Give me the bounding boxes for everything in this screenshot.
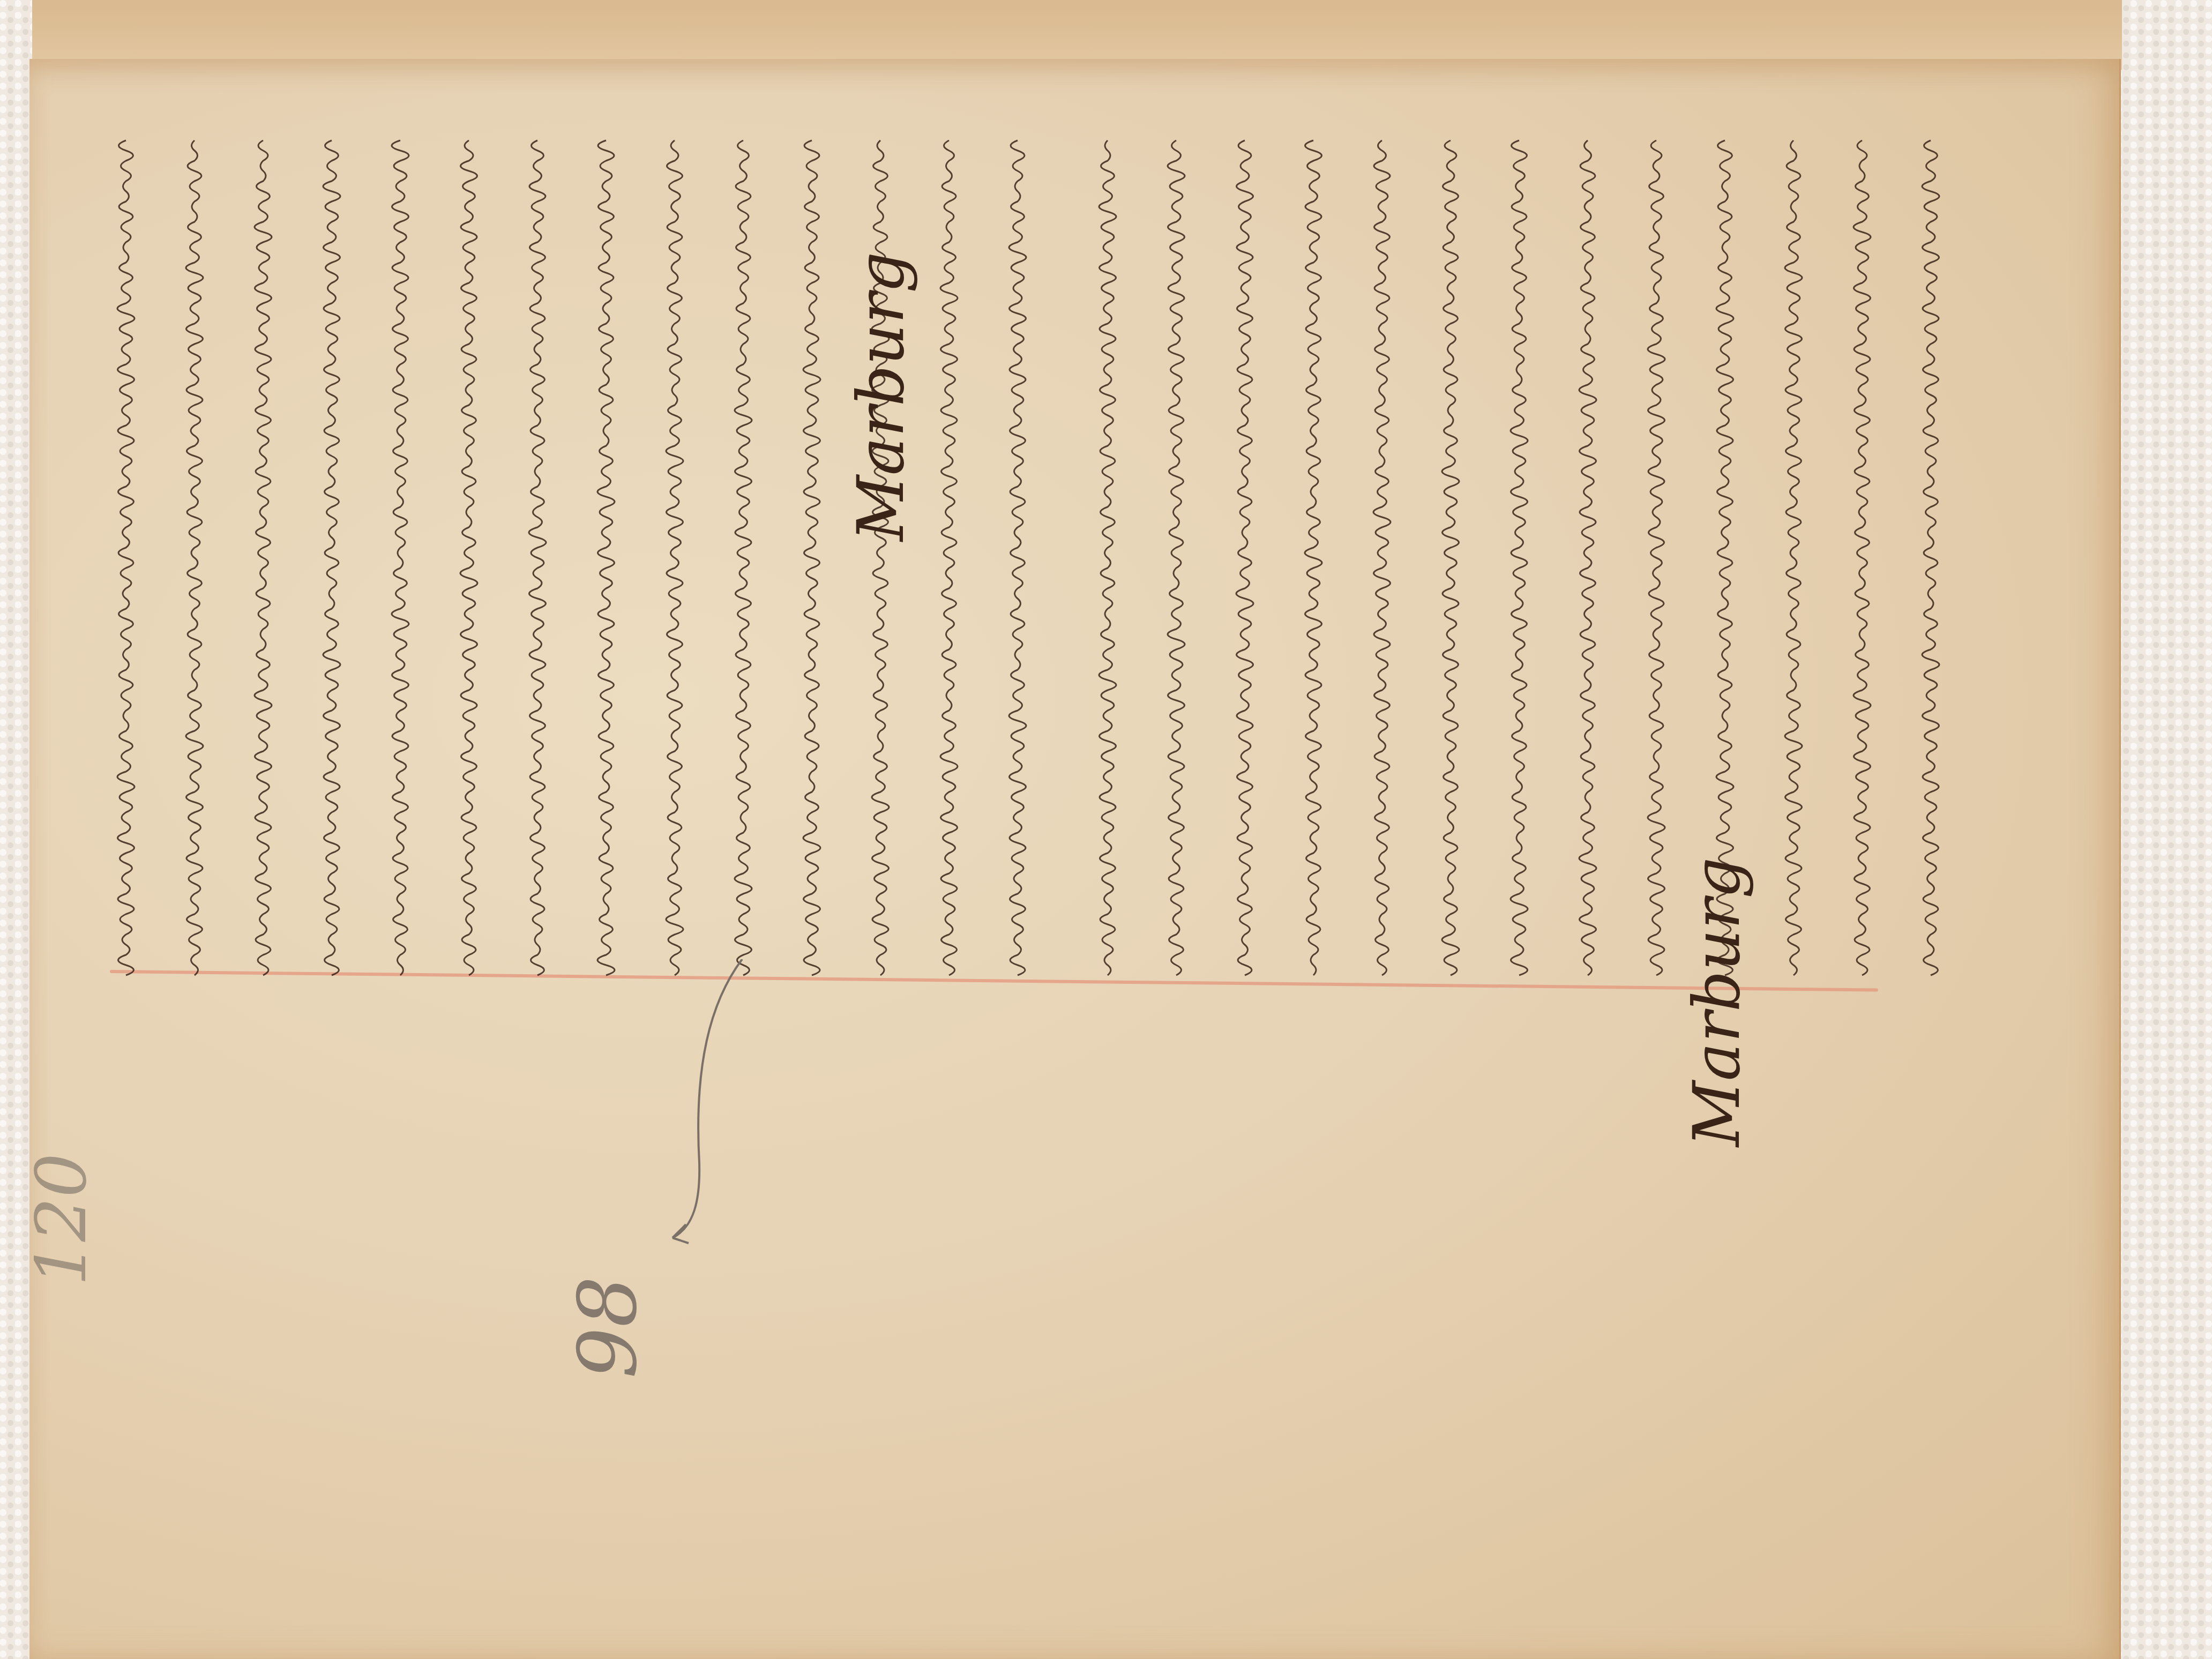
handwritten-line [384,139,416,986]
handwritten-line [1229,139,1261,986]
handwritten-line [1503,139,1535,986]
handwritten-line [933,139,965,986]
manuscript-page: Marburg Marburg [29,59,2121,1659]
pencil-arrow-mark [662,959,769,1259]
handwritten-line [1092,139,1124,986]
handwritten-line [110,139,142,986]
handwritten-line [1846,139,1878,986]
handwritten-line [1366,139,1398,986]
word-marburg: Marburg [1680,857,1754,1147]
handwritten-line [727,139,759,986]
handwritten-line [1640,139,1672,986]
handwritten-line [1002,139,1034,986]
handwritten-line [1915,139,1947,986]
folio-number-pencil: 98 [562,1276,655,1379]
handwritten-line [521,139,554,986]
handwritten-line [1297,139,1329,986]
handwritten-line [1777,139,1810,986]
folio-number-faint: 120 [20,1153,102,1286]
handwritten-line [1434,139,1467,986]
handwritten-line [247,139,279,986]
handwritten-line [796,139,828,986]
handwritten-line [453,139,485,986]
handwritten-line [590,139,622,986]
handwritten-line [1572,139,1604,986]
handwritten-line [659,139,691,986]
handwritten-line [316,139,348,986]
handwritten-line [178,139,211,986]
word-marburg: Marburg [844,252,918,541]
handwritten-line [1160,139,1192,986]
